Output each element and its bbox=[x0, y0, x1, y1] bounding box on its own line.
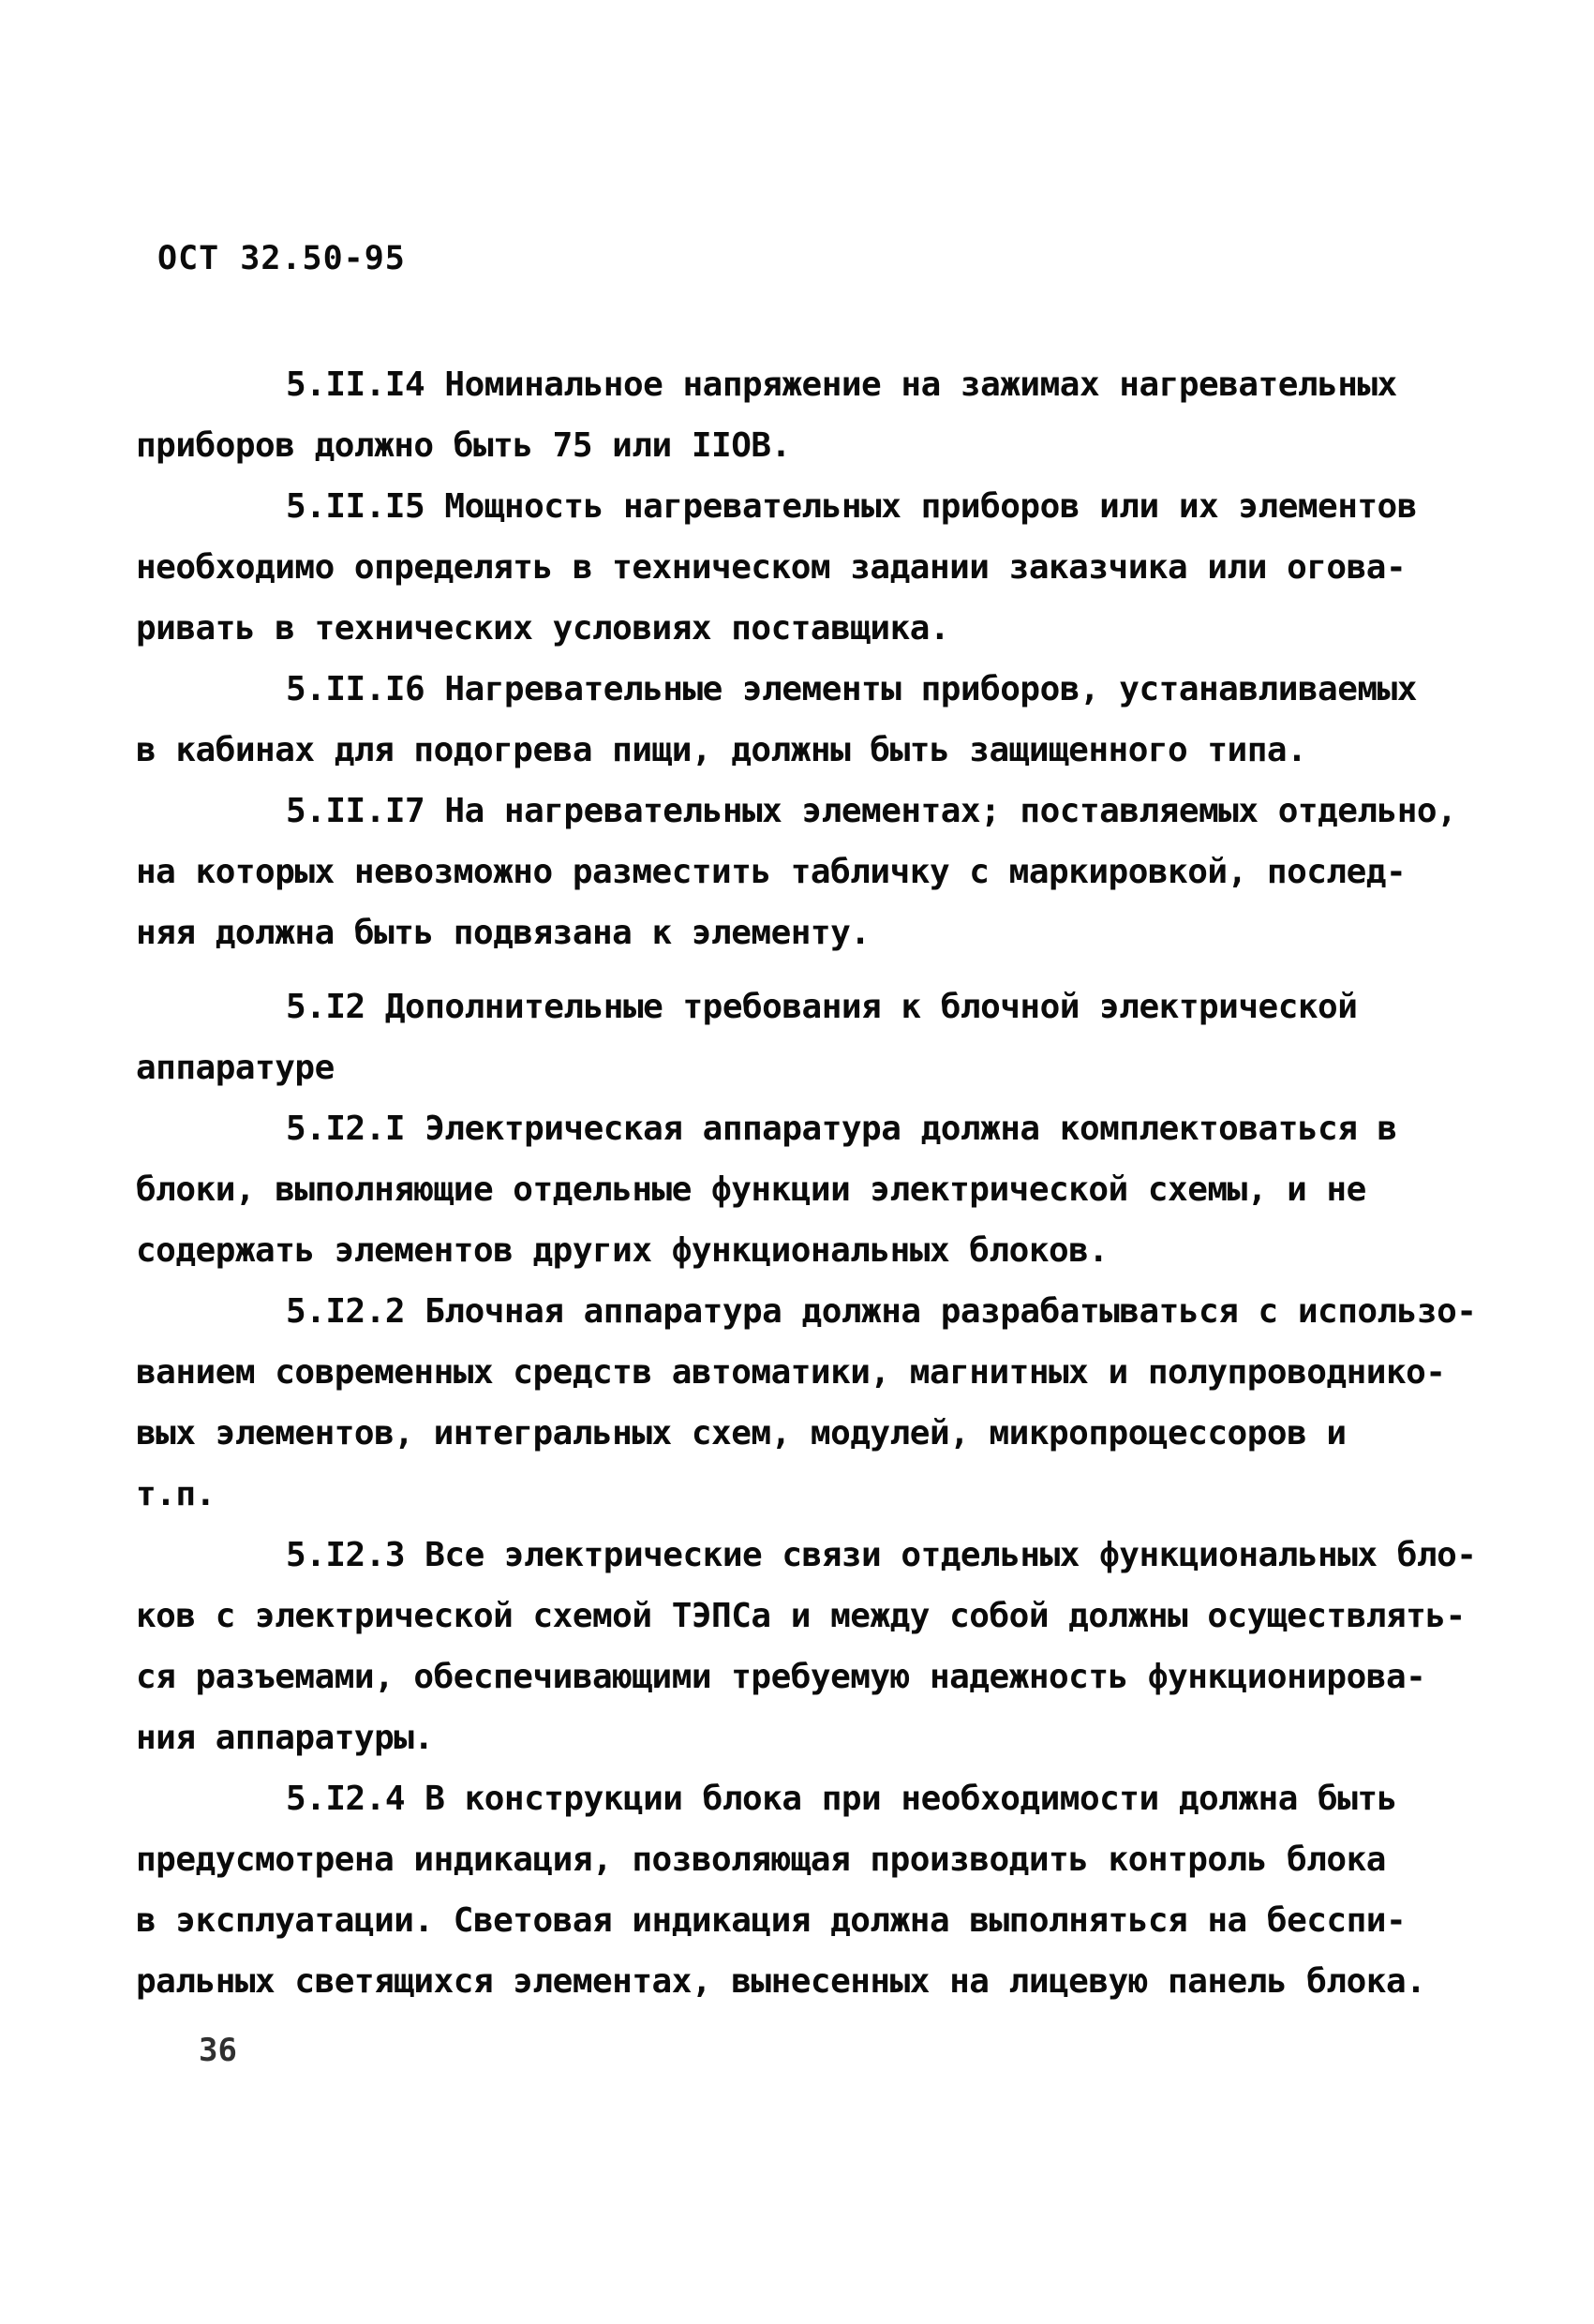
text-line: 5.I2.I Электрическая аппаратура должна к… bbox=[136, 1098, 1485, 1159]
text-line: ся разъемами, обеспечивающими требуемую … bbox=[136, 1646, 1485, 1707]
text-line: содержать элементов других функциональны… bbox=[136, 1220, 1485, 1281]
text-line: на которых невозможно разместить табличк… bbox=[136, 842, 1485, 902]
scanned-document-page: ОСТ 32.50-95 5.II.I4 Номинальное напряже… bbox=[0, 0, 1594, 2324]
text-line: ванием современных средств автоматики, м… bbox=[136, 1342, 1485, 1403]
text-line: няя должна быть подвязана к элементу. bbox=[136, 902, 1485, 963]
text-line: блоки, выполняющие отдельные функции эле… bbox=[136, 1159, 1485, 1220]
text-line: предусмотрена индикация, позволяющая про… bbox=[136, 1829, 1485, 1890]
text-line: 5.II.I5 Мощность нагревательных приборов… bbox=[136, 476, 1485, 537]
text-line: 5.I2.3 Все электрические связи отдельных… bbox=[136, 1525, 1485, 1586]
scan-layer: ОСТ 32.50-95 5.II.I4 Номинальное напряже… bbox=[0, 0, 1594, 2324]
page-number: 36 bbox=[199, 2032, 237, 2069]
text-line: 5.I2 Дополнительные требования к блочной… bbox=[136, 976, 1485, 1037]
text-line: необходимо определять в техническом зада… bbox=[136, 537, 1485, 598]
text-line: т.п. bbox=[136, 1464, 1485, 1525]
text-line: в кабинах для подогрева пищи, должны быт… bbox=[136, 720, 1485, 781]
text-line: аппаратуре bbox=[136, 1037, 1485, 1098]
standard-designation: ОСТ 32.50-95 bbox=[157, 240, 406, 277]
text-line: ния аппаратуры. bbox=[136, 1707, 1485, 1768]
text-line: вых элементов, интегральных схем, модуле… bbox=[136, 1403, 1485, 1464]
text-line: 5.I2.2 Блочная аппаратура должна разраба… bbox=[136, 1281, 1485, 1342]
text-line: ков с электрической схемой ТЭПСа и между… bbox=[136, 1586, 1485, 1646]
text-line: 5.II.I7 На нагревательных элементах; пос… bbox=[136, 781, 1485, 842]
text-line: в эксплуатации. Световая индикация должн… bbox=[136, 1890, 1485, 1951]
text-line: приборов должно быть 75 или IIОВ. bbox=[136, 415, 1485, 476]
text-line: ривать в технических условиях поставщика… bbox=[136, 598, 1485, 659]
text-line: 5.II.I4 Номинальное напряжение на зажима… bbox=[136, 354, 1485, 415]
text-line: 5.I2.4 В конструкции блока при необходим… bbox=[136, 1768, 1485, 1829]
text-line: ральных светящихся элементах, вынесенных… bbox=[136, 1951, 1485, 2012]
document-body: 5.II.I4 Номинальное напряжение на зажима… bbox=[136, 354, 1485, 2012]
text-line: 5.II.I6 Нагревательные элементы приборов… bbox=[136, 659, 1485, 720]
